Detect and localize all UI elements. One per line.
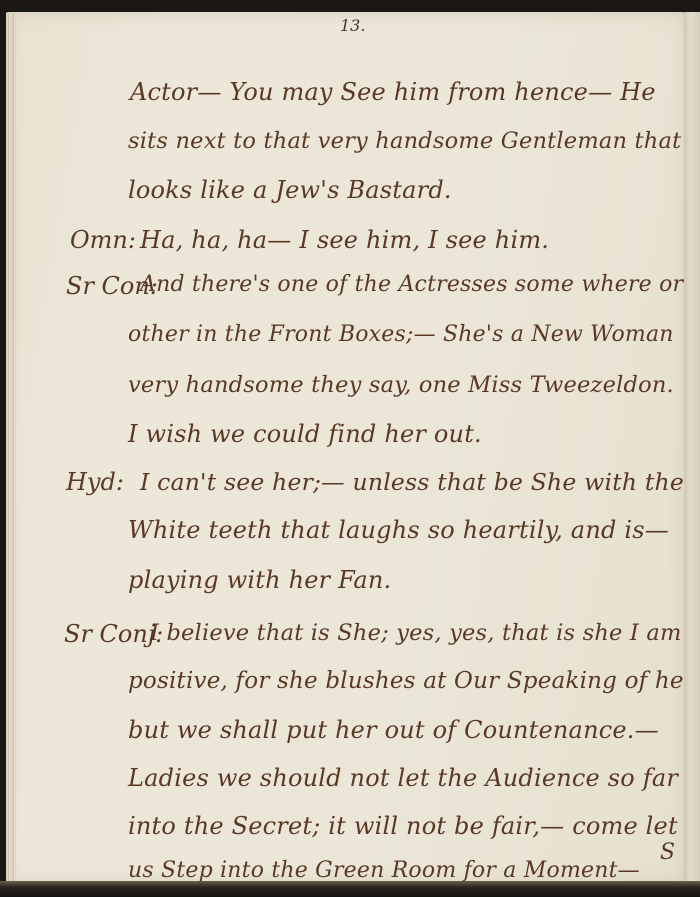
manuscript-line: Actor— You may See him from hence— He — [130, 78, 656, 106]
page-number: 13. — [340, 16, 365, 35]
manuscript-line: And there's one of the Actresses some wh… — [140, 272, 683, 297]
manuscript-line: White teeth that laughs so heartily, and… — [128, 516, 669, 544]
manuscript-line: sits next to that very handsome Gentlema… — [128, 128, 681, 154]
manuscript-line: but we shall put her out of Countenance.… — [128, 716, 659, 744]
manuscript-line: I can't see her;— unless that be She wit… — [140, 468, 684, 496]
manuscript-line: Ladies we should not let the Audience so… — [128, 764, 678, 792]
manuscript-line: I wish we could find her out. — [128, 420, 482, 448]
speaker-label: Omn: — [70, 226, 136, 254]
book-bottom-edge — [0, 881, 700, 897]
page-fold-right — [684, 12, 700, 884]
manuscript-line: I believe that is She; yes, yes, that is… — [150, 620, 682, 646]
manuscript-line: Ha, ha, ha— I see him, I see him. — [140, 226, 549, 254]
speaker-label: Sr Conj: — [64, 620, 163, 648]
speaker-label: Hyd: — [66, 468, 124, 496]
catchword: S — [660, 840, 675, 865]
manuscript-line: playing with her Fan. — [128, 566, 391, 594]
manuscript-line: other in the Front Boxes;— She's a New W… — [128, 322, 674, 347]
manuscript-line: into the Secret; it will not be fair,— c… — [128, 812, 678, 840]
manuscript-line: us Step into the Green Room for a Moment… — [128, 858, 640, 883]
stacked-page-edges-left — [6, 14, 16, 882]
manuscript-line: very handsome they say, one Miss Tweezel… — [128, 372, 674, 398]
manuscript-line: looks like a Jew's Bastard. — [128, 176, 452, 204]
manuscript-line: positive, for she blushes at Our Speakin… — [128, 668, 684, 694]
